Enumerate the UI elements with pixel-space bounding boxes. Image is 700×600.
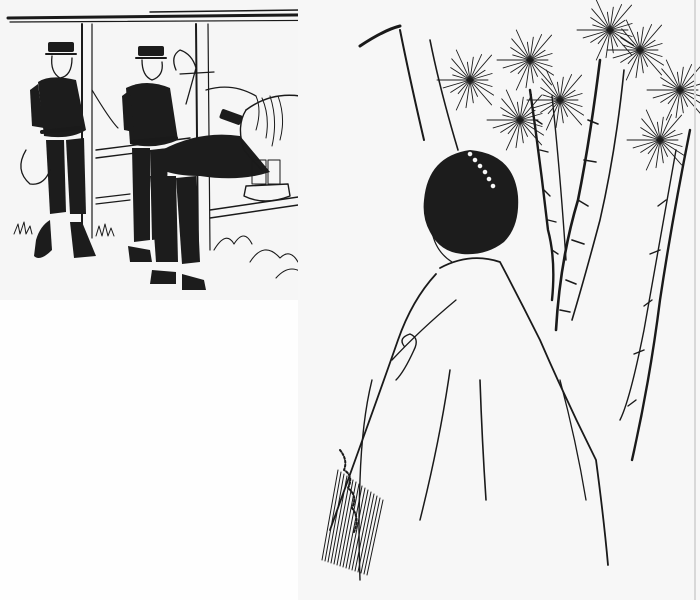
woman-hair (424, 150, 519, 254)
pine-trunk-right (556, 60, 690, 460)
background-horse (174, 50, 256, 104)
blank-area (0, 300, 298, 600)
pine-trunk-left (530, 90, 566, 300)
illustration-page: Scanned newspaper illustration (Meiji-er… (0, 0, 700, 600)
soldier-standing-left (21, 42, 118, 258)
pine-needles (437, 0, 700, 170)
woman-scene-drawing (298, 0, 700, 600)
shawl (330, 258, 608, 580)
woman-scene-panel: A woman seen from behind, hair in a bun … (298, 0, 700, 600)
woman-figure (322, 150, 608, 580)
scan-edge (694, 0, 696, 600)
